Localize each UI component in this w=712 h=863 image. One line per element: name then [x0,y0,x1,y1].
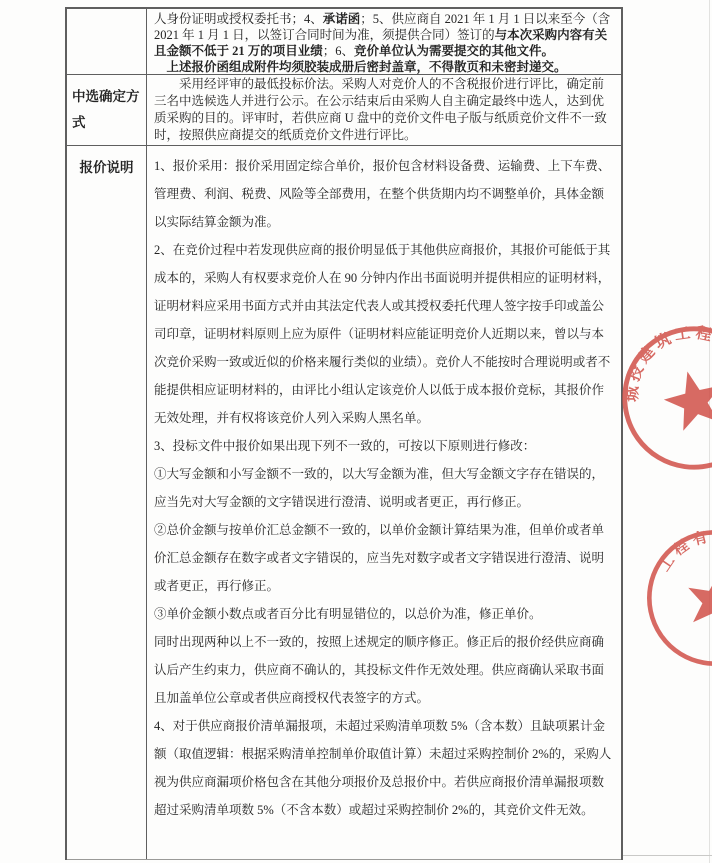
quotation-paragraph-4: ①大写金额和小写金额不一致的，以大写金额为准，但大写金额文字存在错误的，应当先对… [154,460,615,516]
attachments-continued-text: 人身份证明或授权委托书；4、承诺函；5、供应商自 2021 年 1 月 1 日以… [154,11,615,59]
seal-circle [639,522,712,674]
seal-circle [610,314,712,482]
binding-requirement-text: 上述报价函组成附件均须胶装成册后密封盖章，不得散页和未密封递交。 [154,59,615,75]
row-content-cell: 1、报价采用：报价采用固定综合单价，报价包含材料设备费、运输费、上下车费、管理费… [147,146,621,859]
quotation-paragraph-3: 3、投标文件中报价如果出现下列不一致的，可按以下原则进行修改： [154,432,615,460]
quotation-paragraph-2: 2、在竞价过程中若发现供应商的报价明显低于其他供应商报价，其报价可能低于其成本的… [154,236,615,432]
quotation-paragraph-7: 同时出现两种以上不一致的，按照上述规定的顺序修正。修正后的报价经供应商确认后产生… [154,628,615,712]
quotation-paragraph-8: 4、对于供应商报价清单漏报项，未超过采购清单项数 5%（含本数）且缺项累计金额（… [154,712,615,824]
scan-page-edge [709,0,710,863]
row-header-quotation-notes: 报价说明 [67,146,147,859]
quotation-paragraph-1: 1、报价采用：报价采用固定综合单价，报价包含材料设备费、运输费、上下车费、管理费… [154,152,615,236]
row-header-cell-empty [67,9,147,74]
row-content-cell: 采用经评审的最低投标价法。采购人对竞价人的不含税报价进行评比，确定前三名中选候选… [147,75,621,145]
quotation-paragraph-6: ③单价金额小数点或者百分比有明显错位的，以总价为准，修正单价。 [154,600,615,628]
table-row-attachments-continued: 人身份证明或授权委托书；4、承诺函；5、供应商自 2021 年 1 月 1 日以… [67,9,621,75]
table-row-quotation-notes: 报价说明 1、报价采用：报价采用固定综合单价，报价包含材料设备费、运输费、上下车… [67,146,621,860]
row-header-selection-method: 中选确定方式 [67,75,147,145]
page-bottom-edge-line [623,855,712,856]
seal-arc-text: 工程有限 [656,517,712,585]
quotation-paragraph-5: ②总价金额与按单价汇总金额不一致的，以单价金额计算结果为准，但单价或者单价汇总金… [154,516,615,600]
selection-method-text: 采用经评审的最低投标价法。采购人对竞价人的不含税报价进行评比，确定前三名中选候选… [154,76,615,144]
table-row-selection-method: 中选确定方式 采用经评审的最低投标价法。采购人对竞价人的不含税报价进行评比，确定… [67,75,621,146]
row-content-cell: 人身份证明或授权委托书；4、承诺函；5、供应商自 2021 年 1 月 1 日以… [147,9,621,74]
seal-star-icon [683,568,712,631]
document-table: 人身份证明或授权委托书；4、承诺函；5、供应商自 2021 年 1 月 1 日以… [65,7,623,860]
company-red-seal-bottom: 工程有限 511 [629,512,712,683]
seal-star-icon [659,364,712,433]
